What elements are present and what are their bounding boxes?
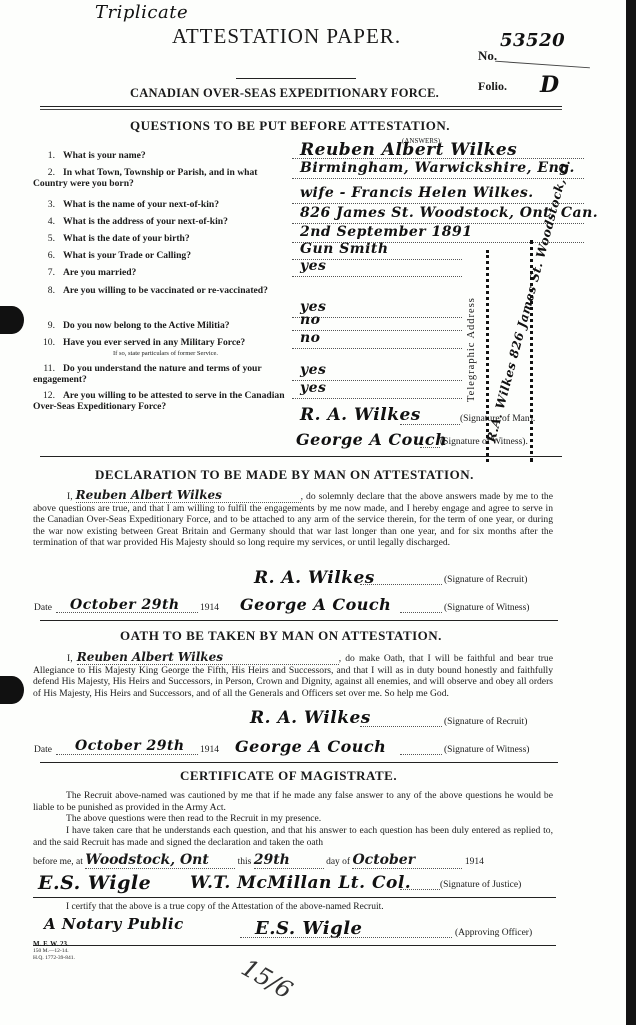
question-text: Are you married? <box>63 267 136 278</box>
declaration-name: Reuben Albert Wilkes <box>76 490 301 503</box>
signature-man: R. A. Wilkes <box>300 405 421 425</box>
magistrate-day: 29th <box>254 852 324 869</box>
header-rule <box>40 109 562 110</box>
document-subtitle: CANADIAN OVER-SEAS EXPEDITIONARY FORCE. <box>130 86 439 101</box>
declaration-prefix: I, <box>67 491 73 502</box>
magistrate-signature-left: E.S. Wigle <box>38 872 151 894</box>
magistrate-para1: The Recruit above-named was cautioned by… <box>33 790 553 813</box>
oath-signature-witness-label: (Signature of Witness) <box>444 745 529 755</box>
question-text: In what Town, Township or Parish, and in… <box>33 167 257 189</box>
certification-signature: E.S. Wigle <box>255 918 363 939</box>
question-number: 9. <box>33 320 55 331</box>
question-text: Are you willing to be vaccinated or re-v… <box>63 285 268 296</box>
answer-value: yes <box>300 362 326 378</box>
oath-prefix: I, <box>67 653 73 664</box>
question-item: 9.Do you now belong to the Active Militi… <box>33 320 288 331</box>
telegraphic-address-label: Telegraphic Address <box>466 297 477 402</box>
section-rule <box>33 945 556 946</box>
form-code-line1: M. F. W. 23. <box>33 941 75 948</box>
magistrate-place: Woodstock, Ont <box>85 852 235 869</box>
question-item: 3.What is the name of your next-of-kin? <box>33 199 288 210</box>
oath-signature-recruit: R. A. Wilkes <box>250 708 371 728</box>
question-number: 8. <box>33 285 55 296</box>
oath-signature-recruit-label: (Signature of Recruit) <box>444 717 527 727</box>
question-item: 2.In what Town, Township or Parish, and … <box>33 167 288 189</box>
signature-justice-label: (Signature of Justice) <box>440 880 521 890</box>
answer-value: no <box>300 312 321 328</box>
form-code-line2: 150 M.—12-14. <box>33 948 75 955</box>
regimental-number: 53520 <box>500 30 565 51</box>
header-rule <box>40 106 562 107</box>
questions-heading: QUESTIONS TO BE PUT BEFORE ATTESTATION. <box>130 118 450 134</box>
question-item: 1.What is your name? <box>33 150 288 161</box>
day-of-label: day of <box>326 857 350 867</box>
answer-value: no <box>300 330 321 346</box>
question-text: What is the date of your birth? <box>63 233 190 244</box>
handwritten-note: Triplicate <box>95 2 188 23</box>
folio-label: Folio. <box>478 79 507 94</box>
answer-value: Reuben Albert Wilkes <box>300 140 517 160</box>
section-rule <box>33 897 556 898</box>
declaration-signature-recruit-label: (Signature of Recruit) <box>444 575 527 585</box>
question-text: What is the name of your next-of-kin? <box>63 199 219 210</box>
before-label: before me, at <box>33 857 83 867</box>
oath-date-label: Date <box>34 745 52 755</box>
punch-hole <box>0 676 24 704</box>
magistrate-para3: I have taken care that he understands ea… <box>33 825 553 848</box>
question-item: 5.What is the date of your birth? <box>33 233 288 244</box>
oath-heading: OATH TO BE TAKEN BY MAN ON ATTESTATION. <box>120 628 442 644</box>
answer-value: Gun Smith <box>300 241 389 257</box>
question-number: 2. <box>33 167 55 178</box>
signature-justice: W.T. McMillan Lt. Col. <box>190 873 411 893</box>
question-number: 10. <box>33 337 55 348</box>
magistrate-month: October <box>352 852 462 869</box>
answer-line <box>292 398 462 399</box>
oath-text-line1: , do make Oath, that I will be faithful … <box>339 653 514 664</box>
question-text: Are you willing to be attested to serve … <box>33 390 285 412</box>
question-number: 1. <box>33 150 55 161</box>
question-item: 6.What is your Trade or Calling? <box>33 250 288 261</box>
answer-value: 2nd September 1891 <box>300 224 473 240</box>
declaration-heading: DECLARATION TO BE MADE BY MAN ON ATTESTA… <box>95 467 474 483</box>
question-number: 5. <box>33 233 55 244</box>
question-text: Do you understand the nature and terms o… <box>33 363 261 385</box>
folio-value: D <box>540 72 560 98</box>
document-title: ATTESTATION PAPER. <box>172 24 401 49</box>
approving-officer-label: (Approving Officer) <box>455 928 532 938</box>
question-number: 12. <box>33 390 55 401</box>
question-number: 11. <box>33 363 55 374</box>
question-text: What is the address of your next-of-kin? <box>63 216 228 227</box>
oath-year: 1914 <box>200 745 219 755</box>
magistrate-year: 1914 <box>465 857 484 867</box>
signature-witness-label: (Signature of Witness). <box>440 437 528 447</box>
section-rule <box>40 620 558 621</box>
form-code: M. F. W. 23. 150 M.—12-14. H.Q. 1772-39-… <box>33 941 75 962</box>
question-number: 4. <box>33 216 55 227</box>
question-text: What is your name? <box>63 150 146 161</box>
this-label: this <box>238 857 252 867</box>
punch-hole <box>0 306 24 334</box>
question-subtext: If so, state particulars of former Servi… <box>113 348 288 359</box>
answer-line <box>292 348 462 349</box>
declaration-text-line1: , do solemnly declare that the above ans… <box>301 491 477 502</box>
number-underline <box>495 61 590 69</box>
question-item: 7.Are you married? <box>33 267 288 278</box>
magistrate-heading: CERTIFICATE OF MAGISTRATE. <box>180 768 397 784</box>
magistrate-para2: The above questions were then read to th… <box>66 813 556 825</box>
question-item: 8.Are you willing to be vaccinated or re… <box>33 285 288 296</box>
scan-edge <box>626 0 636 1025</box>
question-item: 10.Have you ever served in any Military … <box>33 337 288 359</box>
answer-line <box>292 203 584 204</box>
notary-public: A Notary Public <box>44 915 184 933</box>
answer-line <box>292 178 584 179</box>
section-rule <box>40 456 562 457</box>
question-item: 11.Do you understand the nature and term… <box>33 363 288 385</box>
form-code-line3: H.Q. 1772-39-841. <box>33 955 75 962</box>
oath-signature-witness: George A Couch <box>235 737 386 756</box>
oath-date: October 29th <box>75 738 185 754</box>
declaration-year: 1914 <box>200 603 219 613</box>
declaration-signature-recruit: R. A. Wilkes <box>254 568 375 588</box>
question-text: Have you ever served in any Military For… <box>63 337 245 348</box>
declaration-signature-witness: George A Couch <box>240 595 391 614</box>
oath-name: Reuben Albert Wilkes <box>77 652 339 665</box>
pencil-note: 15/6 <box>237 953 298 1004</box>
answer-value: Birmingham, Warwickshire, Eng. <box>300 160 575 176</box>
question-item: 4.What is the address of your next-of-ki… <box>33 216 288 227</box>
declaration-date: October 29th <box>70 597 180 613</box>
title-rule <box>236 78 356 79</box>
answer-value: yes <box>300 258 326 274</box>
question-number: 3. <box>33 199 55 210</box>
declaration-signature-witness-label: (Signature of Witness) <box>444 603 529 613</box>
certification-text: I certify that the above is a true copy … <box>66 902 384 912</box>
question-item: 12.Are you willing to be attested to ser… <box>33 390 288 412</box>
question-text: What is your Trade or Calling? <box>63 250 191 261</box>
answer-line <box>292 276 462 277</box>
answer-value: yes <box>300 380 326 396</box>
question-number: 7. <box>33 267 55 278</box>
section-rule <box>40 762 558 763</box>
question-number: 6. <box>33 250 55 261</box>
question-text: Do you now belong to the Active Militia? <box>63 320 230 331</box>
answer-value: wife - Francis Helen Wilkes. <box>300 185 534 201</box>
signature-man-label: (Signature of Man). <box>460 414 535 424</box>
declaration-date-label: Date <box>34 603 52 613</box>
